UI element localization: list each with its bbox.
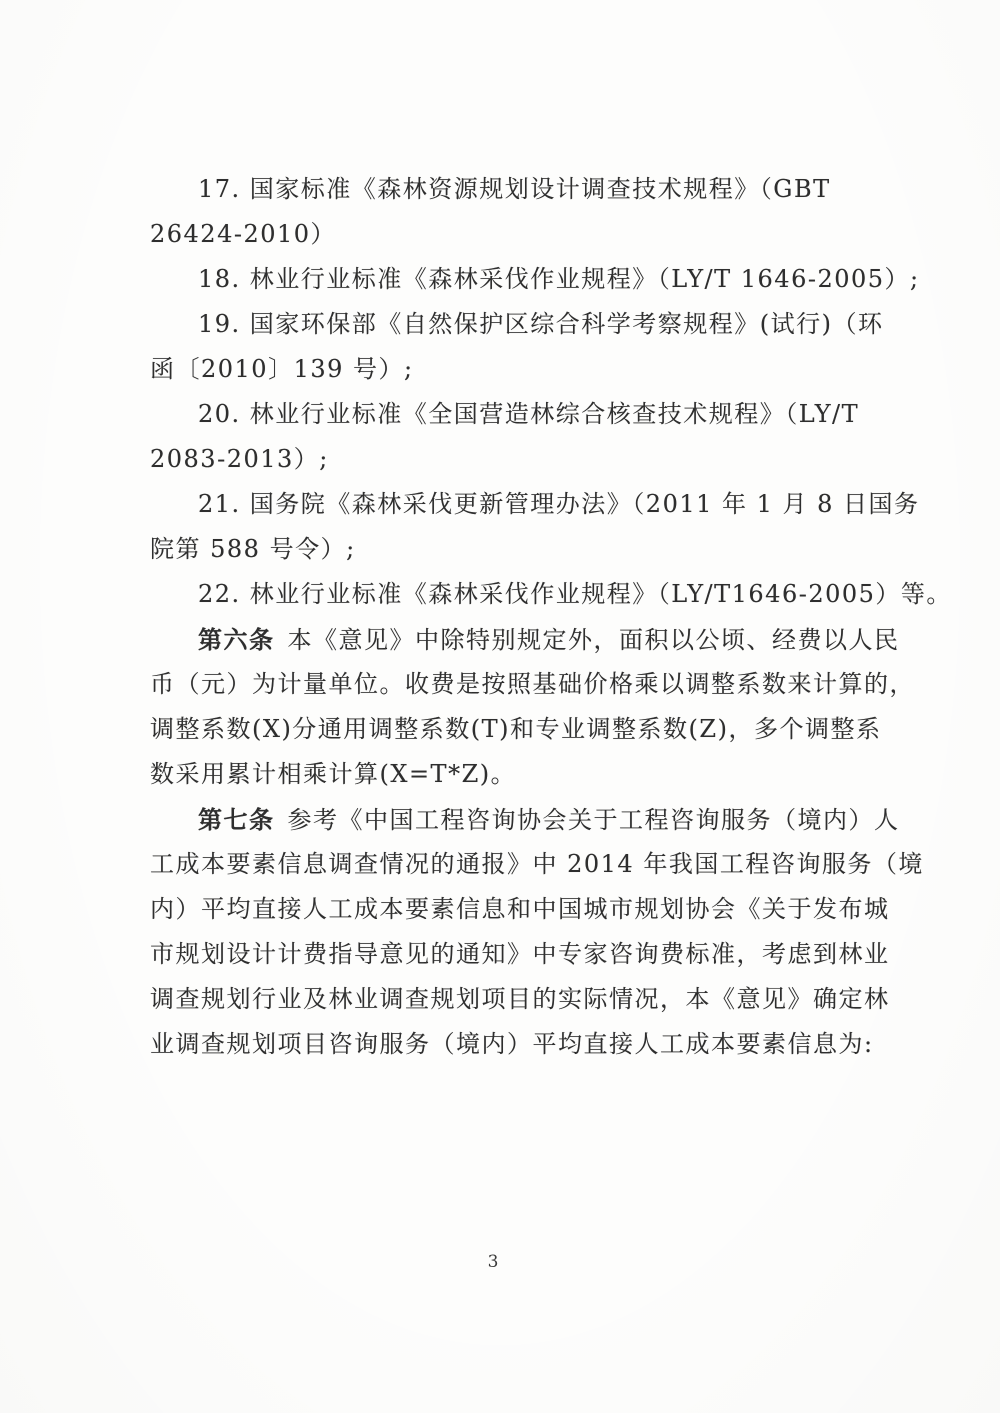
article-6-line-3: 调整系数(X)分通用调整系数(T)和专业调整系数(Z)，多个调整系 [150, 707, 866, 752]
article-6-line-2: 币（元）为计量单位。收费是按照基础价格乘以调整系数来计算的， [150, 662, 866, 707]
article-7-line-3: 内）平均直接人工成本要素信息和中国城市规划协会《关于发布城 [150, 887, 866, 932]
list-item-21-line-1: 21. 国务院《森林采伐更新管理办法》（2011 年 1 月 8 日国务 [150, 482, 866, 527]
list-item-22: 22. 林业行业标准《森林采伐作业规程》（LY/T1646-2005）等。 [150, 572, 866, 617]
list-item-20-line-1: 20. 林业行业标准《全国营造林综合核查技术规程》（LY/T [150, 392, 866, 437]
article-7-line-6: 业调查规划项目咨询服务（境内）平均直接人工成本要素信息为: [150, 1022, 866, 1067]
article-6-text: 本《意见》中除特别规定外，面积以公顷、经费以人民 [288, 626, 900, 654]
list-item-20-line-2: 2083-2013）; [150, 437, 866, 482]
list-item-18: 18. 林业行业标准《森林采伐作业规程》（LY/T 1646-2005）; [150, 257, 866, 302]
article-7-line-4: 市规划设计计费指导意见的通知》中专家咨询费标准，考虑到林业 [150, 932, 866, 977]
article-6-line-4: 数采用累计相乘计算(X=T*Z)。 [150, 752, 866, 797]
page-number: 3 [0, 1252, 986, 1272]
list-item-19-line-2: 函〔2010〕139 号）; [150, 347, 866, 392]
article-6-label: 第六条 [198, 625, 275, 654]
article-7-line-2: 工成本要素信息调查情况的通报》中 2014 年我国工程咨询服务（境 [150, 842, 866, 887]
list-item-19-line-1: 19. 国家环保部《自然保护区综合科学考察规程》(试行)（环 [150, 302, 866, 347]
article-7-text: 参考《中国工程咨询协会关于工程咨询服务（境内）人 [288, 806, 900, 834]
list-item-21-line-2: 院第 588 号令）; [150, 527, 866, 572]
list-item-17-line-1: 17. 国家标准《森林资源规划设计调查技术规程》（GBT [150, 167, 866, 212]
document-body: 17. 国家标准《森林资源规划设计调查技术规程》（GBT 26424-2010）… [150, 167, 866, 1067]
scanned-document-page: 17. 国家标准《森林资源规划设计调查技术规程》（GBT 26424-2010）… [0, 0, 1000, 1413]
list-item-17-line-2: 26424-2010） [150, 212, 866, 257]
article-7-line-5: 调查规划行业及林业调查规划项目的实际情况，本《意见》确定林 [150, 977, 866, 1022]
article-7-line-1: 第七条参考《中国工程咨询协会关于工程咨询服务（境内）人 [150, 797, 866, 842]
article-6-line-1: 第六条本《意见》中除特别规定外，面积以公顷、经费以人民 [150, 617, 866, 662]
article-7-label: 第七条 [198, 805, 275, 834]
